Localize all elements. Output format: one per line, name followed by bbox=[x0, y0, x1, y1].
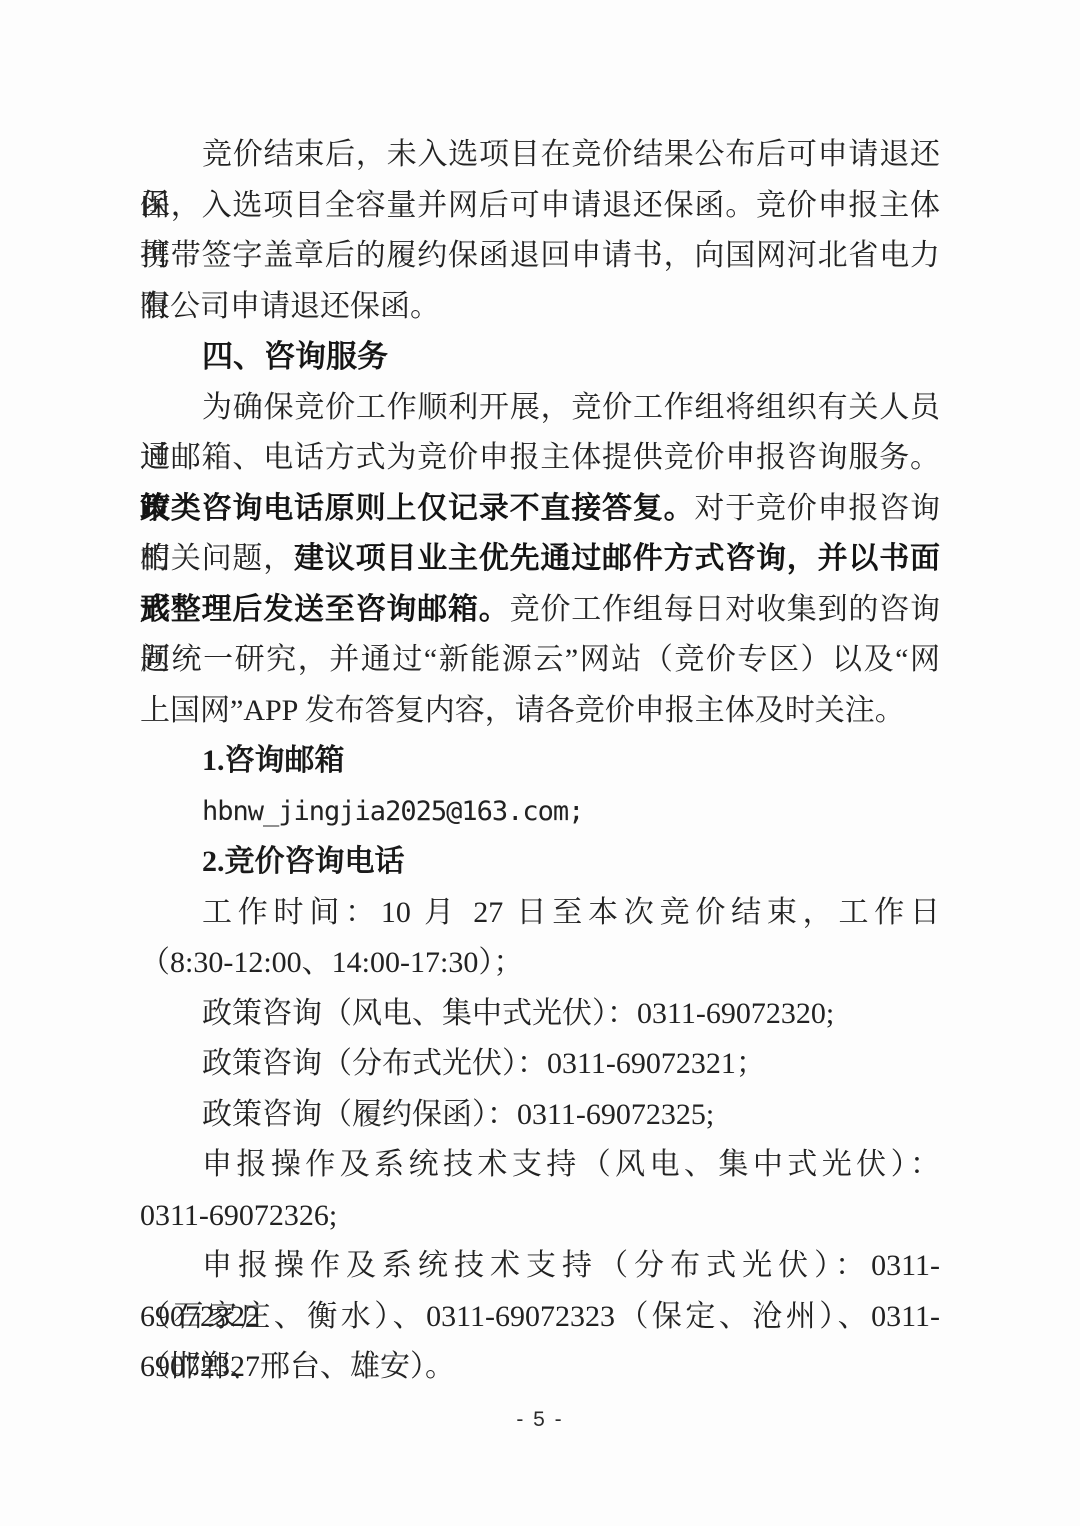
text-run: 0311-69072326; bbox=[140, 1199, 337, 1232]
text-run: 政策咨询（风电、集中式光伏）：0311-69072320; bbox=[202, 997, 834, 1030]
document-body: 竞价结束后，未入选项目在竞价结果公布后可申请退还保函，入选项目全容量并网后可申请… bbox=[140, 130, 940, 1393]
text-run: （8:30-12:00、14:00-17:30）； bbox=[140, 946, 523, 979]
text-run: 1.咨询邮箱 bbox=[202, 744, 345, 777]
text-run: hbnw_jingjia2025@163.com; bbox=[202, 796, 583, 827]
text-run: 题统一研究，并通过“新能源云”网站（竞价专区）以及“网 bbox=[140, 643, 940, 676]
text-line: 竞价结束后，未入选项目在竞价结果公布后可申请退还保 bbox=[140, 130, 940, 181]
text-line: 携带签字盖章后的履约保函退回申请书，向国网河北省电力有 bbox=[140, 231, 940, 282]
document-page: 竞价结束后，未入选项目在竞价结果公布后可申请退还保函，入选项目全容量并网后可申请… bbox=[0, 0, 1080, 1526]
text-line: 为确保竞价工作顺利开展，竞价工作组将组织有关人员通 bbox=[140, 383, 940, 434]
text-line: 0311-69072326; bbox=[140, 1191, 940, 1242]
text-line: 政策咨询（分布式光伏）：0311-69072321； bbox=[140, 1039, 940, 1090]
text-run: 政策咨询（履约保函）：0311-69072325; bbox=[202, 1098, 714, 1131]
text-line: 题统一研究，并通过“新能源云”网站（竞价专区）以及“网 bbox=[140, 635, 940, 686]
text-run: 政策咨询（分布式光伏）：0311-69072321； bbox=[202, 1047, 766, 1080]
text-line: 四、咨询服务 bbox=[140, 332, 940, 383]
text-run: 申报操作及系统技术支持（风电、集中式光伏）： bbox=[202, 1148, 940, 1181]
text-run: 相关问题， bbox=[140, 542, 294, 575]
text-run: 限公司申请退还保函。 bbox=[140, 290, 440, 323]
text-line: 2.竞价咨询电话 bbox=[140, 837, 940, 888]
text-line: 限公司申请退还保函。 bbox=[140, 282, 940, 333]
text-run: 2.竞价咨询电话 bbox=[202, 845, 405, 878]
text-run: 上国网”APP 发布答复内容，请各竞价申报主体及时关注。 bbox=[140, 694, 905, 727]
text-line: 工作时间：10 月 27 日至本次竞价结束，工作日 bbox=[140, 888, 940, 939]
text-line: hbnw_jingjia2025@163.com; bbox=[140, 787, 940, 838]
text-line: 策类咨询电话原则上仅记录不直接答复。对于竞价申报咨询的 bbox=[140, 484, 940, 535]
text-line: （石家庄、衡水）、0311-69072323（保定、沧州）、0311-69072… bbox=[140, 1292, 940, 1343]
bold-text-run: 策类咨询电话原则上仅记录不直接答复。 bbox=[140, 492, 694, 525]
text-line: 函，入选项目全容量并网后可申请退还保函。竞价申报主体可 bbox=[140, 181, 940, 232]
text-run: （邯郸、邢台、雄安）。 bbox=[140, 1350, 455, 1383]
text-line: 式整理后发送至咨询邮箱。竞价工作组每日对收集到的咨询问 bbox=[140, 585, 940, 636]
text-run: 过邮箱、电话方式为竞价申报主体提供竞价申报咨询服务。 bbox=[140, 441, 940, 474]
text-line: 政策咨询（履约保函）：0311-69072325; bbox=[140, 1090, 940, 1141]
bold-text-run: 式整理后发送至咨询邮箱。 bbox=[140, 593, 510, 626]
text-line: 1.咨询邮箱 bbox=[140, 736, 940, 787]
text-line: 过邮箱、电话方式为竞价申报主体提供竞价申报咨询服务。政 bbox=[140, 433, 940, 484]
text-line: 申报操作及系统技术支持（分布式光伏）：0311-69072322 bbox=[140, 1241, 940, 1292]
text-line: （8:30-12:00、14:00-17:30）； bbox=[140, 938, 940, 989]
text-line: 申报操作及系统技术支持（风电、集中式光伏）： bbox=[140, 1140, 940, 1191]
text-run: 四、咨询服务 bbox=[202, 339, 388, 374]
text-line: 政策咨询（风电、集中式光伏）：0311-69072320; bbox=[140, 989, 940, 1040]
text-line: 上国网”APP 发布答复内容，请各竞价申报主体及时关注。 bbox=[140, 686, 940, 737]
text-line: 相关问题，建议项目业主优先通过邮件方式咨询，并以书面形 bbox=[140, 534, 940, 585]
text-line: （邯郸、邢台、雄安）。 bbox=[140, 1342, 940, 1393]
text-run: 工作时间：10 月 27 日至本次竞价结束，工作日 bbox=[202, 896, 940, 929]
page-number: - 5 - bbox=[0, 1408, 1080, 1432]
